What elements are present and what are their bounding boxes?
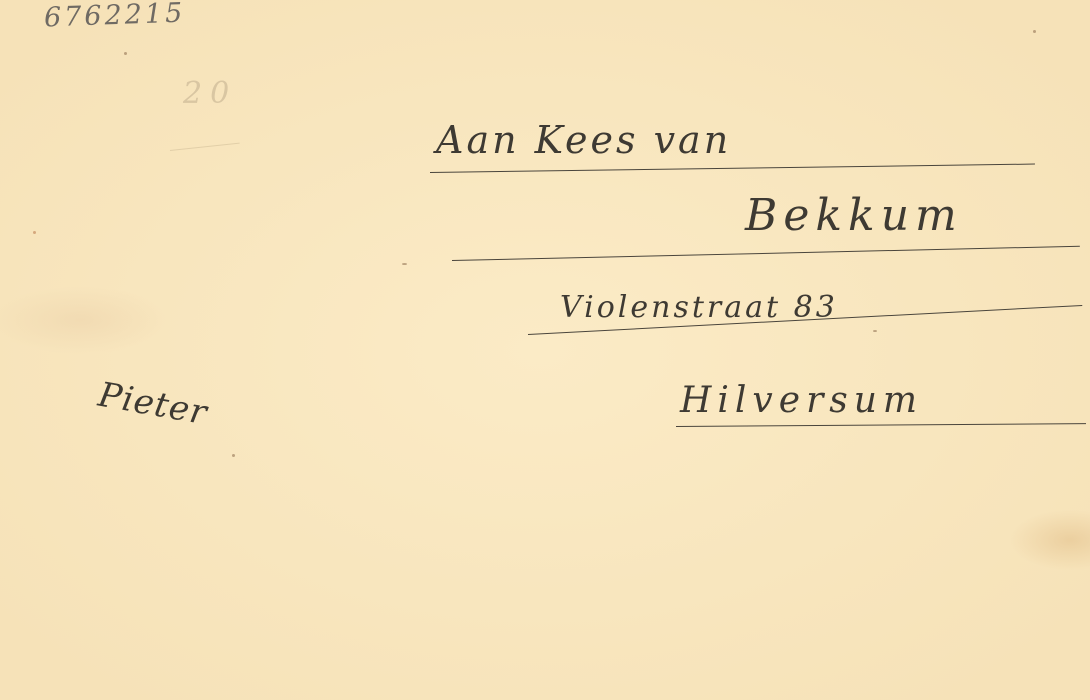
paper-speck [33, 231, 36, 234]
faint-price-mark: 20 [183, 76, 237, 111]
address-line-4: Hilversum [680, 380, 923, 421]
address-underline-4 [676, 423, 1086, 427]
catalogue-number: 6762215 [44, 0, 186, 33]
sender-signature: Pieter [95, 375, 210, 433]
address-line-2: Bekkum [745, 190, 963, 241]
paper-speck [232, 454, 235, 457]
postcard: 6762215 20 Aan Kees van Bekkum Violenstr… [0, 0, 1090, 700]
address-underline-2 [452, 246, 1080, 261]
faint-pencil-stroke [170, 143, 240, 151]
address-underline-1 [430, 164, 1035, 173]
paper-speck [402, 263, 407, 265]
address-line-1: Aan Kees van [436, 118, 731, 162]
paper-speck [873, 330, 877, 332]
paper-speck [1033, 30, 1036, 33]
paper-speck [124, 52, 127, 55]
